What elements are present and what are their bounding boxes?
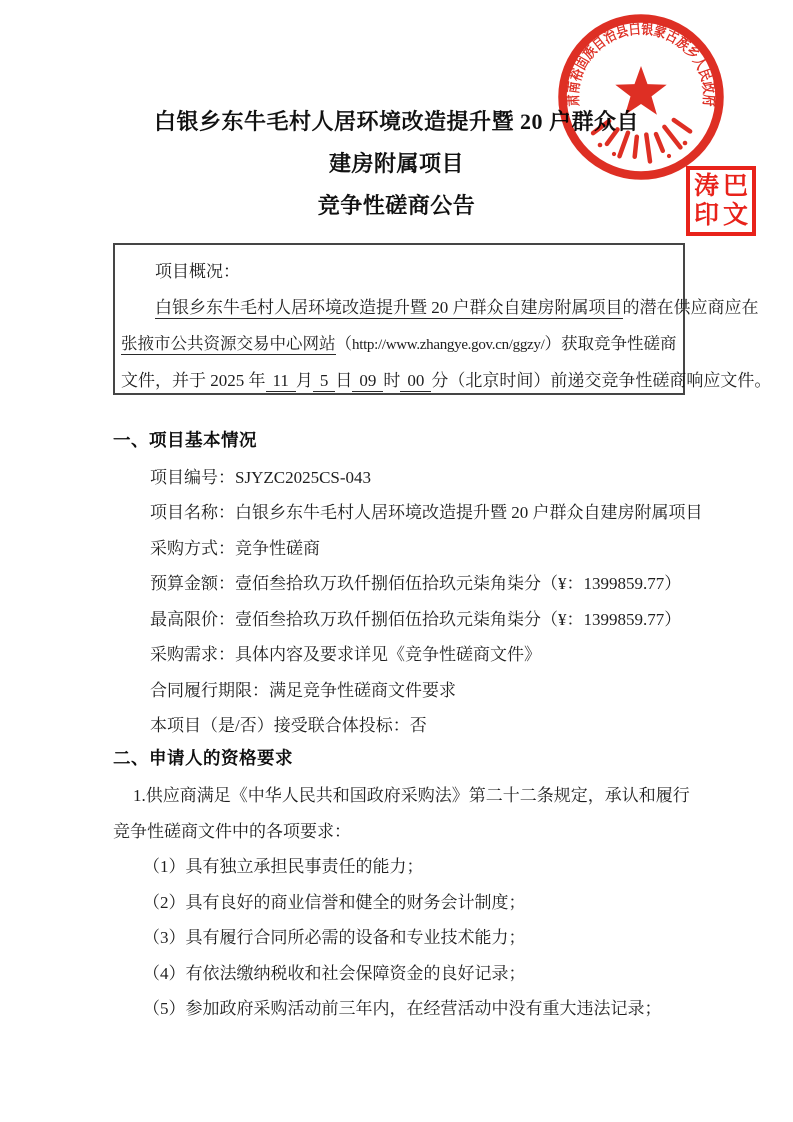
name-seal-stamp: 涛 巴 印 文 bbox=[686, 166, 756, 236]
deadline-month-unit: 月 bbox=[296, 371, 313, 390]
field-max-price: 最高限价：壹佰叁拾玖万玖仟捌佰伍拾玖元柒角柒分（¥：1399859.77） bbox=[150, 605, 681, 630]
qualification-item-4: （4）有依法缴纳税收和社会保障资金的良好记录； bbox=[143, 959, 526, 984]
document-page: 白银乡东牛毛村人居环境改造提升暨 20 户群众自 建房附属项目 竞争性磋商公告 … bbox=[0, 0, 793, 1122]
overview-line-3-rest: 获取竞争性磋商 bbox=[561, 334, 677, 353]
field-label: 采购方式： bbox=[150, 539, 235, 558]
qualification-item-5: （5）参加政府采购活动前三年内，在经营活动中没有重大违法记录； bbox=[143, 994, 662, 1019]
qualification-item-2: （2）具有良好的商业信誉和健全的财务会计制度； bbox=[143, 888, 526, 913]
name-seal-char-br: 文 bbox=[723, 202, 748, 229]
deadline-hour-unit: 时 bbox=[383, 371, 400, 390]
field-project-name: 项目名称：白银乡东牛毛村人居环境改造提升暨 20 户群众自建房附属项目 bbox=[150, 498, 703, 523]
paren-open: （ bbox=[336, 334, 353, 353]
section-1-heading: 一、项目基本情况 bbox=[113, 427, 257, 452]
field-label: 采购需求： bbox=[150, 645, 235, 664]
field-label: 预算金额： bbox=[150, 574, 235, 593]
field-consortium-bidding: 本项目（是/否）接受联合体投标：否 bbox=[150, 711, 427, 736]
seal-script-dots bbox=[598, 141, 688, 158]
name-seal-char-tl: 涛 bbox=[694, 173, 719, 200]
field-value: 具体内容及要求详见《竞争性磋商文件》 bbox=[235, 645, 541, 664]
deadline-minute-value: 00 bbox=[400, 371, 431, 392]
deadline-month-value: 11 bbox=[266, 371, 296, 392]
section-2-heading: 二、申请人的资格要求 bbox=[113, 745, 293, 770]
overview-line-4-deadline: 文件，并于 2025 年11月5日09时00分（北京时间）前递交竞争性磋商响应文… bbox=[121, 363, 679, 399]
field-label: 项目名称： bbox=[150, 503, 235, 522]
field-budget-amount: 预算金额：壹佰叁拾玖万玖仟捌佰伍拾玖元柒角柒分（¥：1399859.77） bbox=[150, 569, 681, 594]
field-value: SJYZC2025CS-043 bbox=[235, 468, 371, 487]
field-value: 满足竞争性磋商文件要求 bbox=[269, 681, 456, 700]
qualification-paragraph-line-2: 竞争性磋商文件中的各项要求： bbox=[113, 817, 351, 842]
name-seal-char-bl: 印 bbox=[694, 202, 719, 229]
trade-center-site-underlined: 张掖市公共资源交易中心网站 bbox=[121, 334, 336, 355]
seal-mongolian-script-marks bbox=[593, 120, 690, 161]
star-icon bbox=[615, 66, 666, 115]
field-value: 竞争性磋商 bbox=[235, 539, 320, 558]
title-line-3: 竞争性磋商公告 bbox=[0, 185, 793, 227]
deadline-prefix: 文件，并于 2025 年 bbox=[121, 371, 266, 390]
field-contract-period: 合同履行期限：满足竞争性磋商文件要求 bbox=[150, 676, 456, 701]
deadline-hour-value: 09 bbox=[352, 371, 383, 392]
project-overview-box: 项目概况： 白银乡东牛毛村人居环境改造提升暨 20 户群众自建房附属项目的潜在供… bbox=[113, 243, 685, 395]
government-seal-stamp: 肃南裕固族自治县白银蒙古族乡人民政府 bbox=[548, 4, 734, 190]
qualification-paragraph-line-1: 1.供应商满足《中华人民共和国政府采购法》第二十二条规定，承认和履行 bbox=[133, 781, 690, 806]
field-label: 最高限价： bbox=[150, 610, 235, 629]
deadline-suffix: 分（北京时间）前递交竞争性磋商响应文件。 bbox=[431, 371, 771, 390]
overview-line-3: 张掖市公共资源交易中心网站（http://www.zhangye.gov.cn/… bbox=[121, 326, 679, 363]
field-value: 白银乡东牛毛村人居环境改造提升暨 20 户群众自建房附属项目 bbox=[235, 503, 703, 522]
field-procurement-method: 采购方式：竞争性磋商 bbox=[150, 534, 320, 559]
field-value: 壹佰叁拾玖万玖仟捌佰伍拾玖元柒角柒分（¥：1399859.77） bbox=[235, 610, 681, 629]
qualification-item-1: （1）具有独立承担民事责任的能力； bbox=[143, 852, 424, 877]
overview-line-2: 白银乡东牛毛村人居环境改造提升暨 20 户群众自建房附属项目的潜在供应商应在 bbox=[121, 290, 679, 326]
project-name-underlined: 白银乡东牛毛村人居环境改造提升暨 20 户群众自建房附属项目 bbox=[155, 298, 623, 319]
field-label: 合同履行期限： bbox=[150, 681, 269, 700]
field-procurement-requirements: 采购需求：具体内容及要求详见《竞争性磋商文件》 bbox=[150, 640, 541, 665]
overview-label: 项目概况： bbox=[155, 262, 240, 281]
qualification-item-3: （3）具有履行合同所必需的设备和专业技术能力； bbox=[143, 923, 526, 948]
field-label: 本项目（是/否）接受联合体投标： bbox=[150, 716, 410, 735]
field-value: 否 bbox=[410, 716, 427, 735]
name-seal-char-tr: 巴 bbox=[723, 173, 748, 200]
field-value: 壹佰叁拾玖万玖仟捌佰伍拾玖元柒角柒分（¥：1399859.77） bbox=[235, 574, 681, 593]
deadline-day-unit: 日 bbox=[335, 371, 352, 390]
overview-label-line: 项目概况： bbox=[121, 254, 679, 290]
field-label: 项目编号： bbox=[150, 468, 235, 487]
overview-line-2-rest: 的潜在供应商应在 bbox=[623, 298, 759, 317]
paren-close: ） bbox=[544, 334, 561, 353]
name-seal-grid: 涛 巴 印 文 bbox=[689, 169, 753, 233]
field-project-number: 项目编号：SJYZC2025CS-043 bbox=[150, 463, 371, 488]
deadline-day-value: 5 bbox=[313, 371, 336, 392]
trade-center-url: http://www.zhangye.gov.cn/ggzy/ bbox=[352, 337, 544, 353]
